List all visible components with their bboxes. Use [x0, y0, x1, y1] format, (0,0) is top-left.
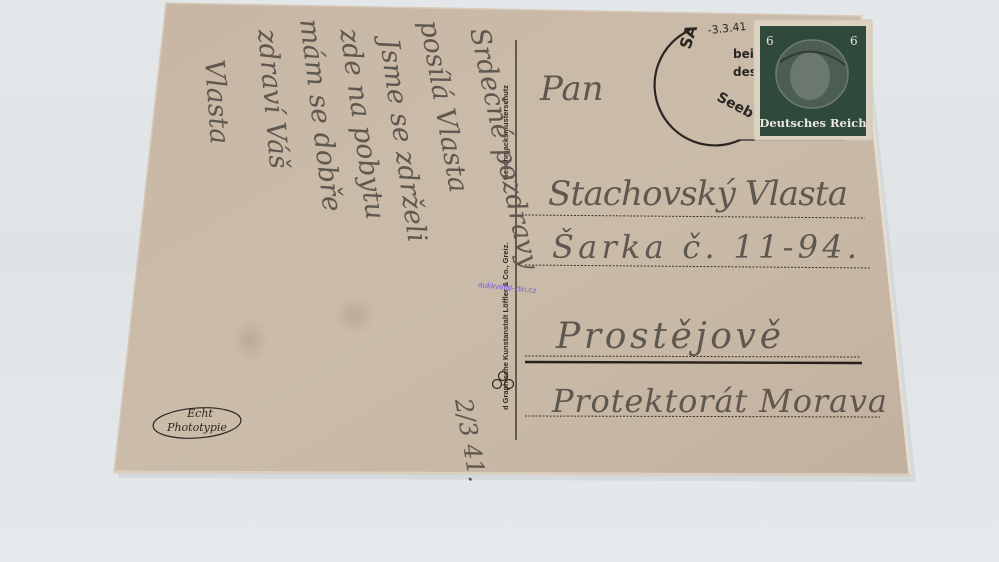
stain — [333, 295, 377, 335]
stain — [232, 318, 268, 362]
postmark-fragment: bei — [733, 47, 754, 61]
postmark-fragment: des — [733, 65, 757, 79]
address-name: Stachovský Vlasta — [548, 174, 848, 214]
stamp-country: Deutsches Reich — [759, 116, 867, 130]
stamp-value-left: 6 — [766, 34, 774, 48]
photo-scene: d Graphische Kunstanstalt Löffler & Co.,… — [0, 0, 999, 562]
address-salutation: Pan — [539, 69, 604, 109]
publisher-text: d Graphische Kunstanstalt Löffler & Co.,… — [501, 242, 510, 410]
postage-stamp: 6 6 Deutsches Reich — [754, 20, 872, 140]
postcard: d Graphische Kunstanstalt Löffler & Co.,… — [0, 0, 999, 562]
portrait-head — [790, 52, 830, 100]
message-line: Vlasta — [198, 58, 235, 145]
echt-text: Echt — [186, 407, 213, 420]
phototypie-text: Phototypie — [166, 421, 227, 434]
address-region: Protektorát Morava — [551, 382, 887, 420]
stamp-value-right: 6 — [850, 34, 858, 48]
